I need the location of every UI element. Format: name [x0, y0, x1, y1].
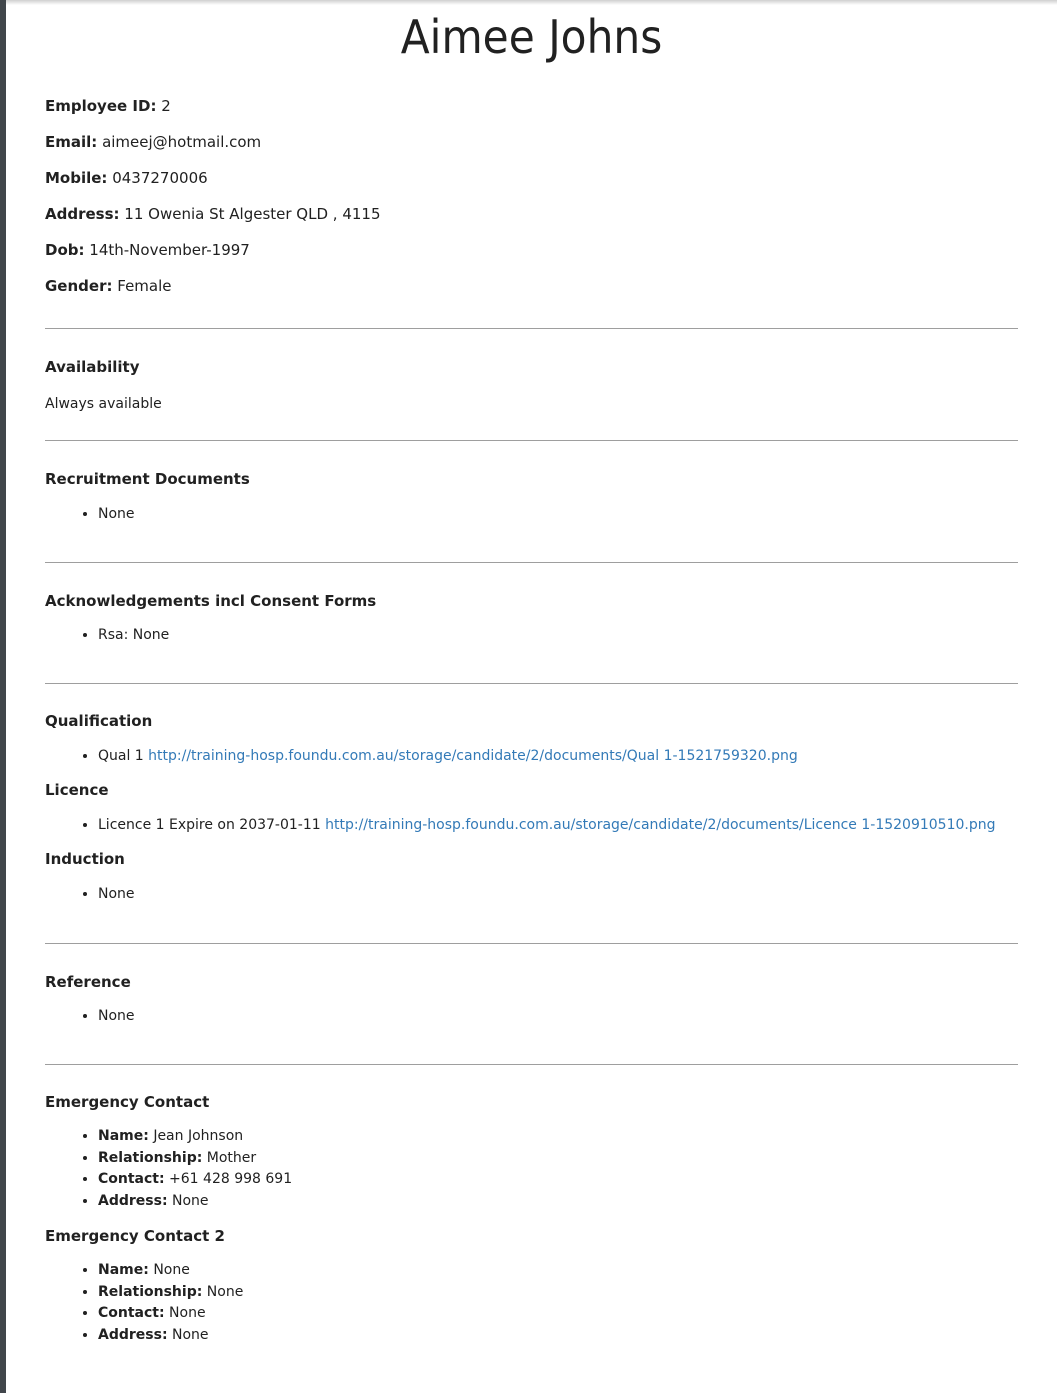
- list-item: Contact: None: [98, 1303, 1018, 1325]
- list-item: Name: None: [98, 1260, 1018, 1282]
- page-title: Aimee Johns: [84, 0, 979, 70]
- availability-heading: Availability: [45, 358, 1018, 376]
- divider: [45, 440, 1018, 441]
- list-item: None: [98, 503, 1018, 525]
- list-item: Licence 1 Expire on 2037-01-11 http://tr…: [98, 814, 1018, 836]
- licence-section: Licence Licence 1 Expire on 2037-01-11 h…: [45, 781, 1018, 836]
- list-item: None: [98, 883, 1018, 905]
- emergency-contact-section: Emergency Contact Name: Jean Johnson Rel…: [45, 1093, 1018, 1213]
- employee-profile: Aimee Johns Employee ID: 2 Email: aimeej…: [45, 0, 1018, 1347]
- reference-section: Reference None: [45, 973, 1018, 1027]
- detail-dob: Dob: 14th-November-1997: [45, 241, 1018, 259]
- detail-gender: Gender: Female: [45, 277, 1018, 295]
- induction-section: Induction None: [45, 850, 1018, 905]
- emergency-contact-2-section: Emergency Contact 2 Name: None Relations…: [45, 1227, 1018, 1347]
- recruitment-documents-heading: Recruitment Documents: [45, 470, 1018, 488]
- list-item: Rsa: None: [98, 624, 1018, 646]
- list-item: Address: None: [98, 1325, 1018, 1347]
- emergency-contact-2-heading: Emergency Contact 2: [45, 1227, 1018, 1245]
- divider: [45, 1064, 1018, 1065]
- divider: [45, 683, 1018, 684]
- window-edge: [0, 0, 6, 1393]
- qualification-document-link[interactable]: http://training-hosp.foundu.com.au/stora…: [148, 748, 798, 764]
- reference-heading: Reference: [45, 973, 1018, 991]
- employee-details: Employee ID: 2 Email: aimeej@hotmail.com…: [45, 97, 1018, 295]
- list-item: Name: Jean Johnson: [98, 1126, 1018, 1148]
- induction-heading: Induction: [45, 850, 1018, 868]
- emergency-contact-heading: Emergency Contact: [45, 1093, 1018, 1111]
- recruitment-documents-section: Recruitment Documents None: [45, 470, 1018, 525]
- licence-document-link[interactable]: http://training-hosp.foundu.com.au/stora…: [325, 817, 995, 833]
- list-item: Relationship: Mother: [98, 1148, 1018, 1170]
- divider: [45, 562, 1018, 563]
- acknowledgements-section: Acknowledgements incl Consent Forms Rsa:…: [45, 592, 1018, 646]
- list-item: Address: None: [98, 1191, 1018, 1213]
- licence-heading: Licence: [45, 781, 1018, 799]
- qualification-heading: Qualification: [45, 712, 1018, 730]
- detail-email: Email: aimeej@hotmail.com: [45, 133, 1018, 151]
- availability-text: Always available: [45, 395, 1018, 413]
- list-item: Qual 1 http://training-hosp.foundu.com.a…: [98, 745, 1018, 767]
- divider: [45, 328, 1018, 329]
- detail-employee-id: Employee ID: 2: [45, 97, 1018, 115]
- qualification-section: Qualification Qual 1 http://training-hos…: [45, 712, 1018, 767]
- list-item: Relationship: None: [98, 1282, 1018, 1304]
- detail-mobile: Mobile: 0437270006: [45, 169, 1018, 187]
- detail-address: Address: 11 Owenia St Algester QLD , 411…: [45, 205, 1018, 223]
- availability-section: Availability Always available: [45, 358, 1018, 413]
- list-item: Contact: +61 428 998 691: [98, 1169, 1018, 1191]
- acknowledgements-heading: Acknowledgements incl Consent Forms: [45, 592, 1018, 610]
- list-item: None: [98, 1005, 1018, 1027]
- divider: [45, 943, 1018, 944]
